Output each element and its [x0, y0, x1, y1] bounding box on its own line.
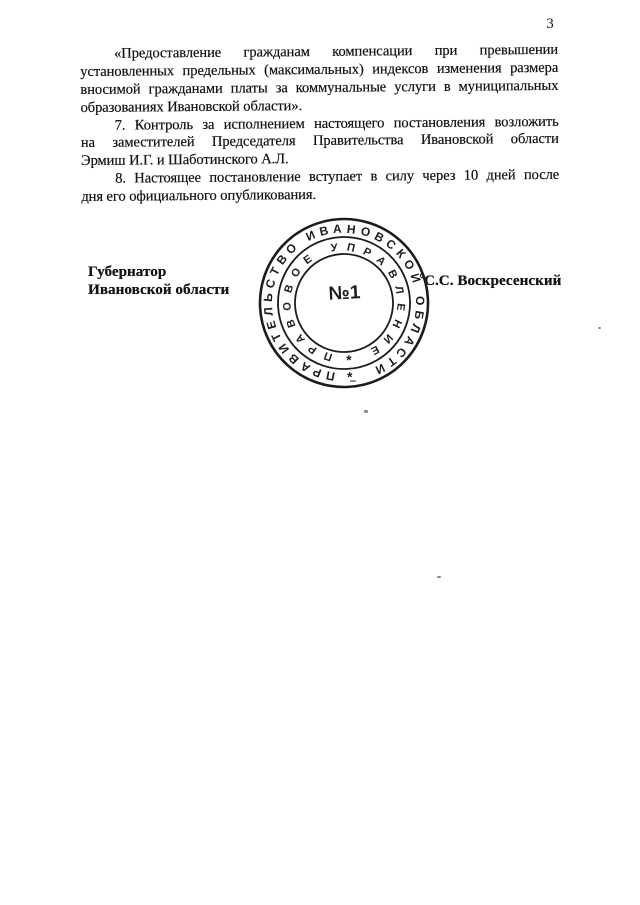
stamp-number: №1 — [328, 282, 361, 305]
scan-speck — [598, 327, 601, 329]
page-number: 3 — [538, 16, 562, 33]
signature-title: Губернатор Ивановской области — [88, 263, 229, 299]
document-body: «Предоставление гражданам компенсации пр… — [80, 42, 559, 207]
scan-speck — [364, 410, 368, 413]
signature-name: С.С. Воскресенский — [424, 272, 561, 290]
stamp-star-outer: * — [347, 369, 354, 385]
stamp-star-inner: * — [346, 352, 353, 368]
signature-title-line1: Губернатор — [88, 263, 229, 281]
official-stamp: ПРАВИТЕЛЬСТВО ИВАНОВСКОЙ ОБЛАСТИ ПРАВОВО… — [244, 203, 444, 403]
scan-speck — [437, 576, 441, 578]
scan-speck — [350, 380, 356, 382]
scanned-document-page: 3 «Предоставление гражданам компенсации … — [0, 0, 640, 905]
signature-title-line2: Ивановской области — [88, 281, 229, 299]
